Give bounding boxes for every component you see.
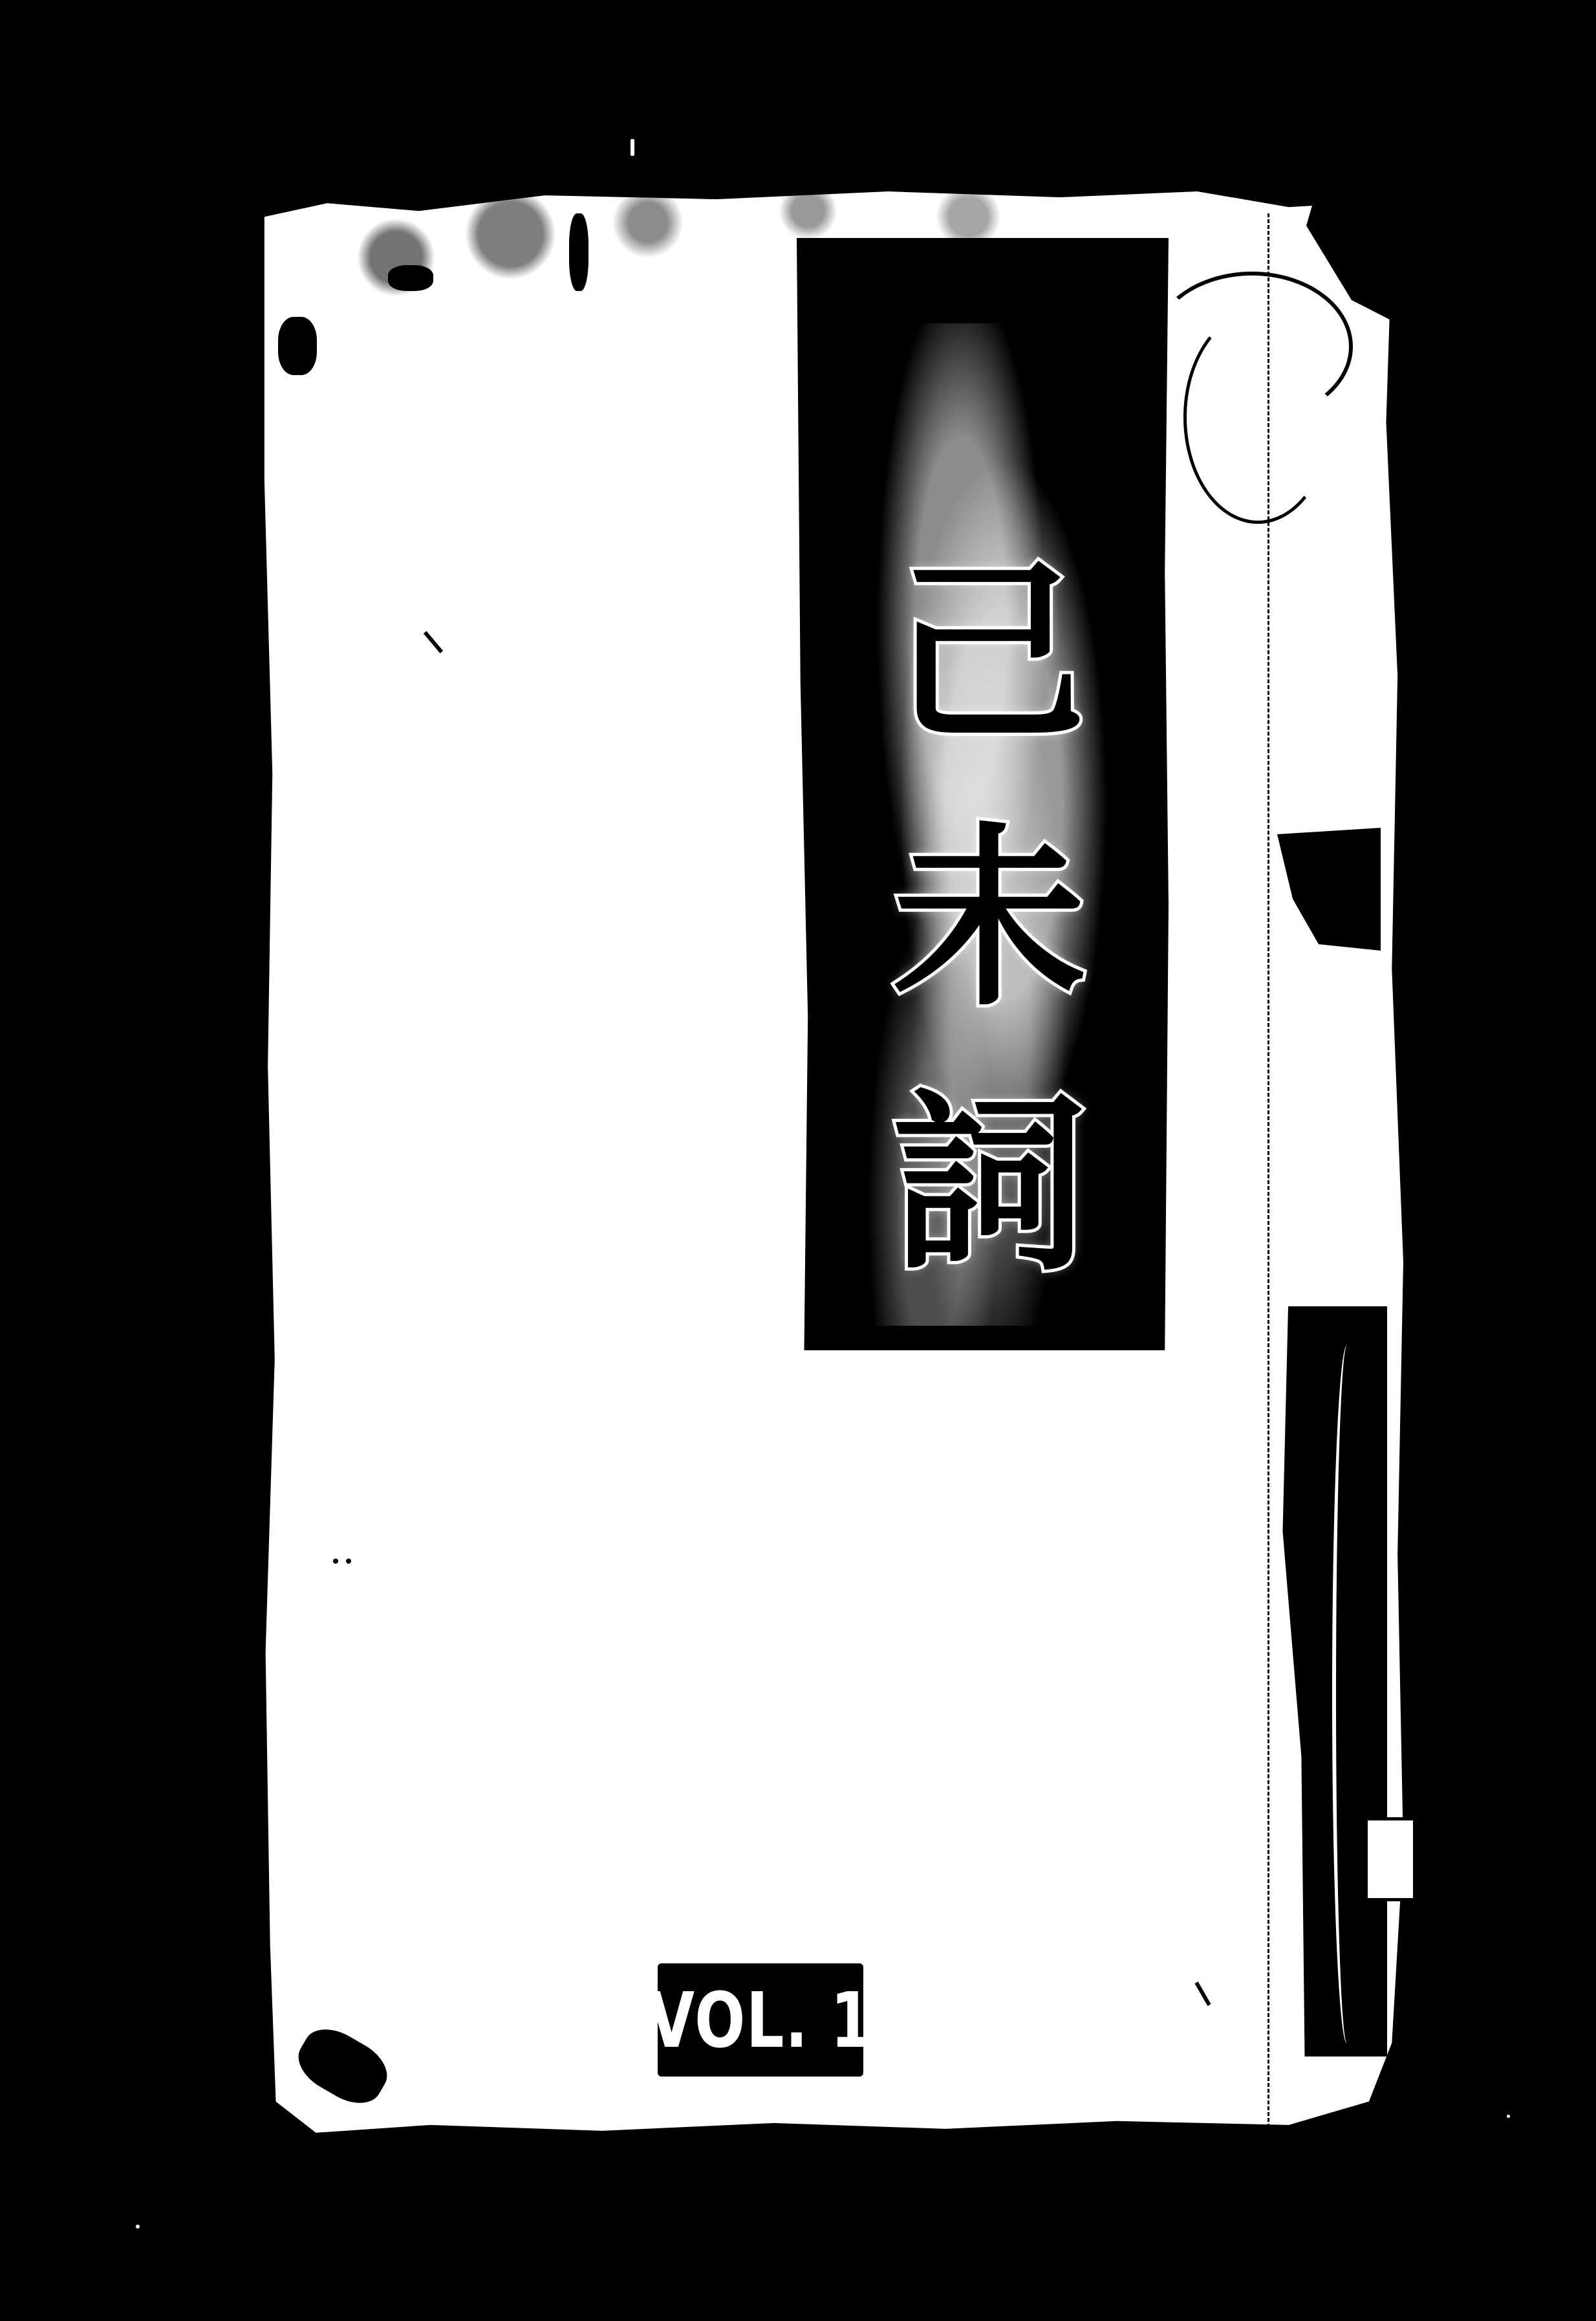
volume-label-text: VOL. 1 <box>649 1976 873 2065</box>
cover-mark <box>346 1559 351 1564</box>
title-slip-characters: 己 未 詞 <box>847 556 1132 1280</box>
title-char: 未 <box>892 821 1086 1015</box>
cover-stain <box>289 2018 396 2114</box>
binding-thread <box>1332 1345 1362 2044</box>
cover-stain <box>278 317 317 375</box>
dust-speck <box>136 2225 140 2229</box>
dust-speck <box>631 139 634 156</box>
title-char: 詞 <box>892 1086 1086 1280</box>
cover-stain <box>569 213 588 291</box>
volume-label: VOL. 1 <box>658 1963 863 2077</box>
cover-mark <box>333 1559 338 1564</box>
title-char: 己 <box>892 556 1086 750</box>
cover-stain <box>388 265 433 291</box>
dust-speck <box>1507 2115 1510 2118</box>
binding-tab <box>1364 1817 1416 1901</box>
binding-string <box>1183 310 1332 524</box>
